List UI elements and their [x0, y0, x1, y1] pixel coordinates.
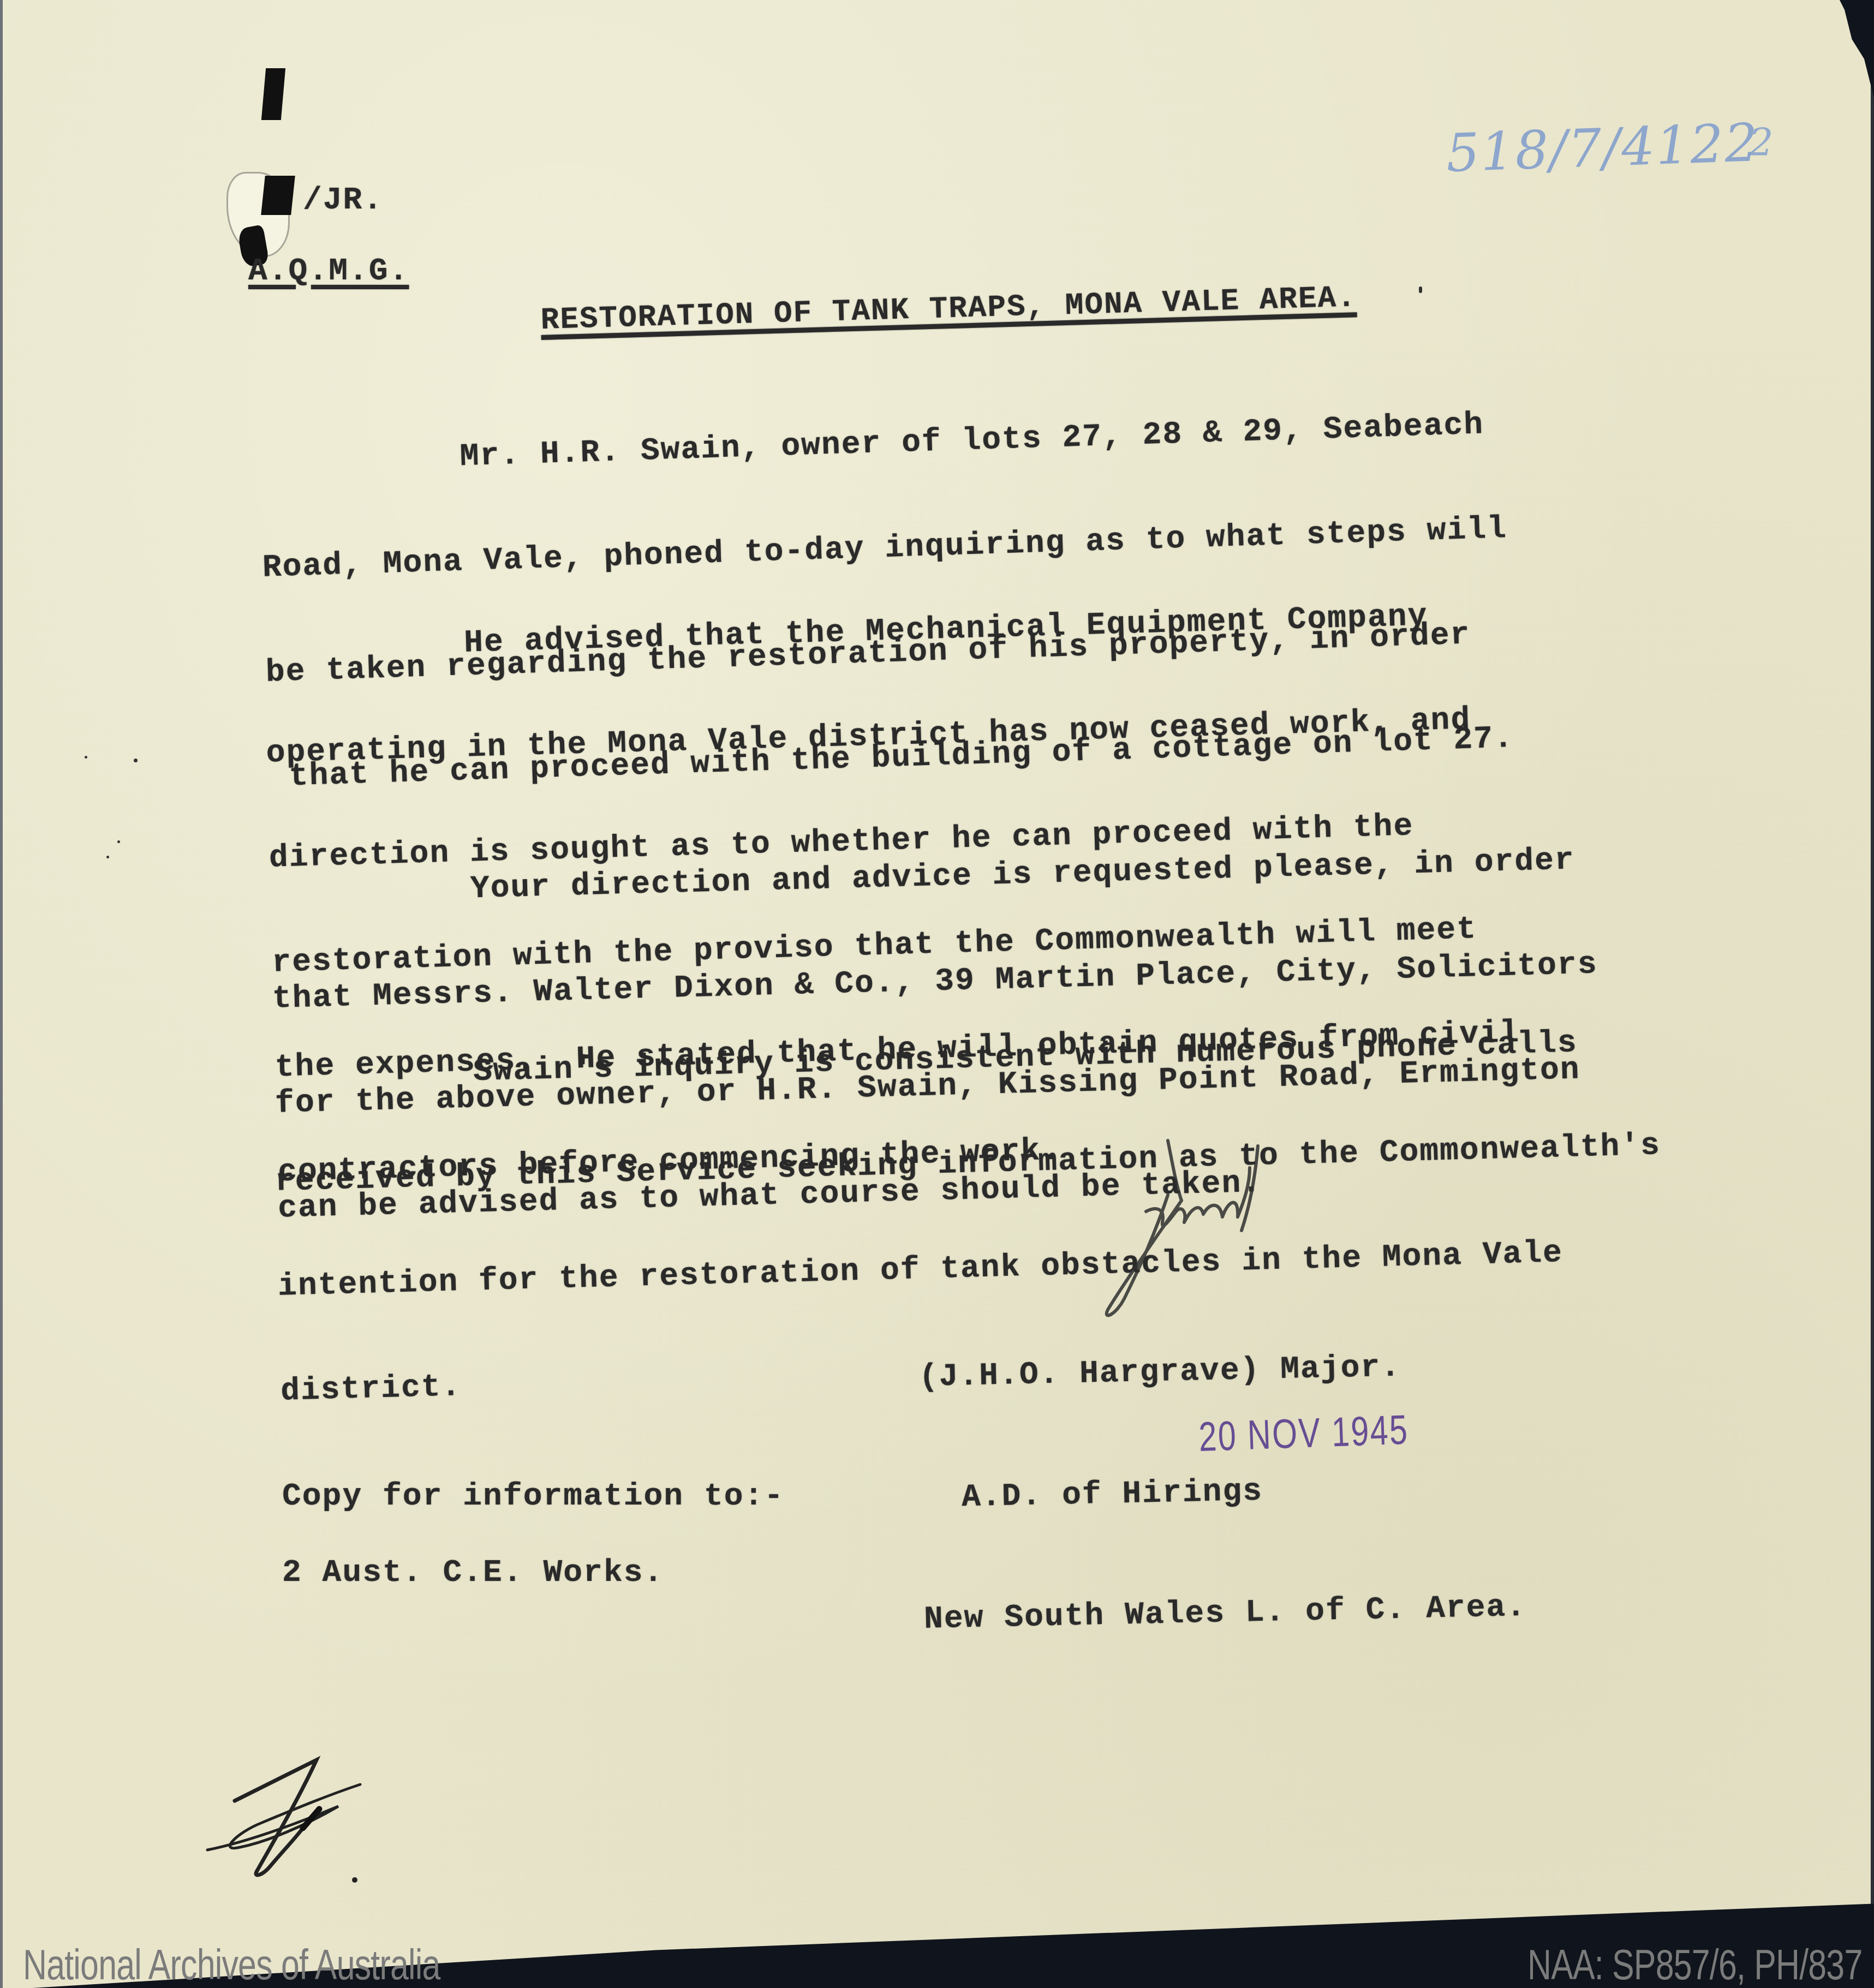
signature-block: (J.H.O. Hargrave) Major. A.D. of Hirings… — [917, 1264, 1529, 1721]
stray-mark — [1419, 286, 1422, 293]
scan-edge-right — [1871, 0, 1874, 1988]
copy-for-information-label: Copy for information to:- — [282, 1479, 784, 1514]
initials-icon — [202, 1746, 387, 1888]
paragraph-line: operating in the Mona Vale district has … — [266, 702, 1512, 772]
punch-hole-top — [261, 68, 285, 120]
stray-mark — [134, 759, 138, 762]
paragraph-line: received by this Service seeking informa… — [274, 1129, 1661, 1199]
document-title: RESTORATION OF TANK TRAPS, MONA VALE ARE… — [540, 280, 1357, 338]
document-page: 518/7/4122 2 /JR. A.Q.M.G. RESTORATION O… — [0, 0, 1874, 1988]
stray-mark — [106, 856, 109, 858]
signatory-name: (J.H.O. Hargrave) Major. — [918, 1345, 1521, 1398]
date-stamp: 20 NOV 1945 — [1198, 1406, 1410, 1461]
copy-recipient: 2 Aust. C.E. Works. — [282, 1555, 664, 1591]
punch-hole-middle — [261, 176, 295, 215]
signatory-area: New South Wales L. of C. Area. — [923, 1587, 1526, 1640]
signatory-position: A.D. of Hirings — [921, 1466, 1524, 1519]
paragraph-line: Swain's inquiry is consistent with numer… — [272, 1024, 1658, 1095]
paragraph-line: Your direction and advice is requested p… — [269, 843, 1595, 912]
handwritten-file-number: 518/7/4122 — [1445, 112, 1760, 184]
torn-corner-top-right — [1825, 0, 1874, 98]
paragraph-line: Mr. H.R. Swain, owner of lots 27, 28 & 2… — [259, 407, 1505, 481]
stray-mark — [117, 840, 120, 843]
addressee: A.Q.M.G. — [248, 254, 409, 289]
scan-edge-left — [0, 0, 3, 1988]
archive-reference: NAA: SP857/6, PH/837 — [1527, 1940, 1862, 1988]
stray-mark — [85, 756, 87, 759]
paragraph-line: He advised that the Mechanical Equipment… — [263, 597, 1509, 667]
handwritten-page-mark: 2 — [1749, 120, 1774, 165]
reference-code: /JR. — [303, 183, 383, 218]
archive-name: National Archives of Australia — [23, 1940, 440, 1988]
